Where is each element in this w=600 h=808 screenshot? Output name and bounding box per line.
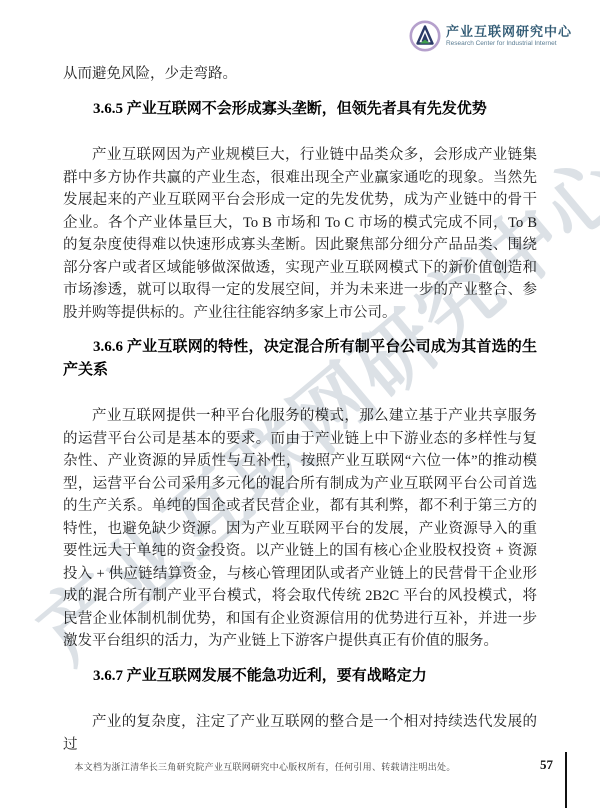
logo-title: 产业互联网研究中心 — [446, 25, 572, 40]
logo: 产业互联网研究中心 Research Center for Industrial… — [409, 20, 572, 52]
section-paragraph-3-6-6: 产业互联网提供一种平台化服务的模式，那么建立基于产业共享服务的运营平台公司是基本… — [63, 405, 537, 653]
section-heading-3-6-5: 3.6.5 产业互联网不会形成寡头垄断，但领先者具有先发优势 — [63, 98, 537, 121]
header: 产业互联网研究中心 Research Center for Industrial… — [409, 20, 572, 52]
footer-copyright: 本文档为浙江清华长三角研究院产业互联网研究中心版权所有，任何引用、转载请注明出处… — [0, 760, 530, 773]
logo-text: 产业互联网研究中心 Research Center for Industrial… — [446, 25, 572, 47]
section-paragraph-3-6-5: 产业互联网因为产业规模巨大，行业链中品类众多，会形成产业链集群中多方协作共赢的产… — [63, 144, 537, 324]
page-number-divider — [565, 752, 567, 808]
logo-emblem-icon — [409, 20, 441, 52]
document-body: 从而避免风险，少走弯路。 3.6.5 产业互联网不会形成寡头垄断，但领先者具有先… — [63, 63, 537, 768]
section-heading-3-6-7: 3.6.7 产业互联网发展不能急功近利，要有战略定力 — [63, 665, 537, 688]
footer: 本文档为浙江清华长三角研究院产业互联网研究中心版权所有，任何引用、转载请注明出处… — [0, 752, 600, 808]
document-page: 产业互联网研究中心 产业互联网研究中心 Research Center for … — [0, 0, 600, 808]
paragraph-continuation: 从而避免风险，少走弯路。 — [63, 63, 537, 86]
page-number: 57 — [540, 757, 553, 773]
section-heading-3-6-6: 3.6.6 产业互联网的特性，决定混合所有制平台公司成为其首选的生产关系 — [63, 336, 537, 381]
section-paragraph-3-6-7: 产业的复杂度，注定了产业互联网的整合是一个相对持续迭代发展的过 — [63, 711, 537, 756]
logo-subtitle: Research Center for Industrial Internet — [446, 40, 572, 47]
